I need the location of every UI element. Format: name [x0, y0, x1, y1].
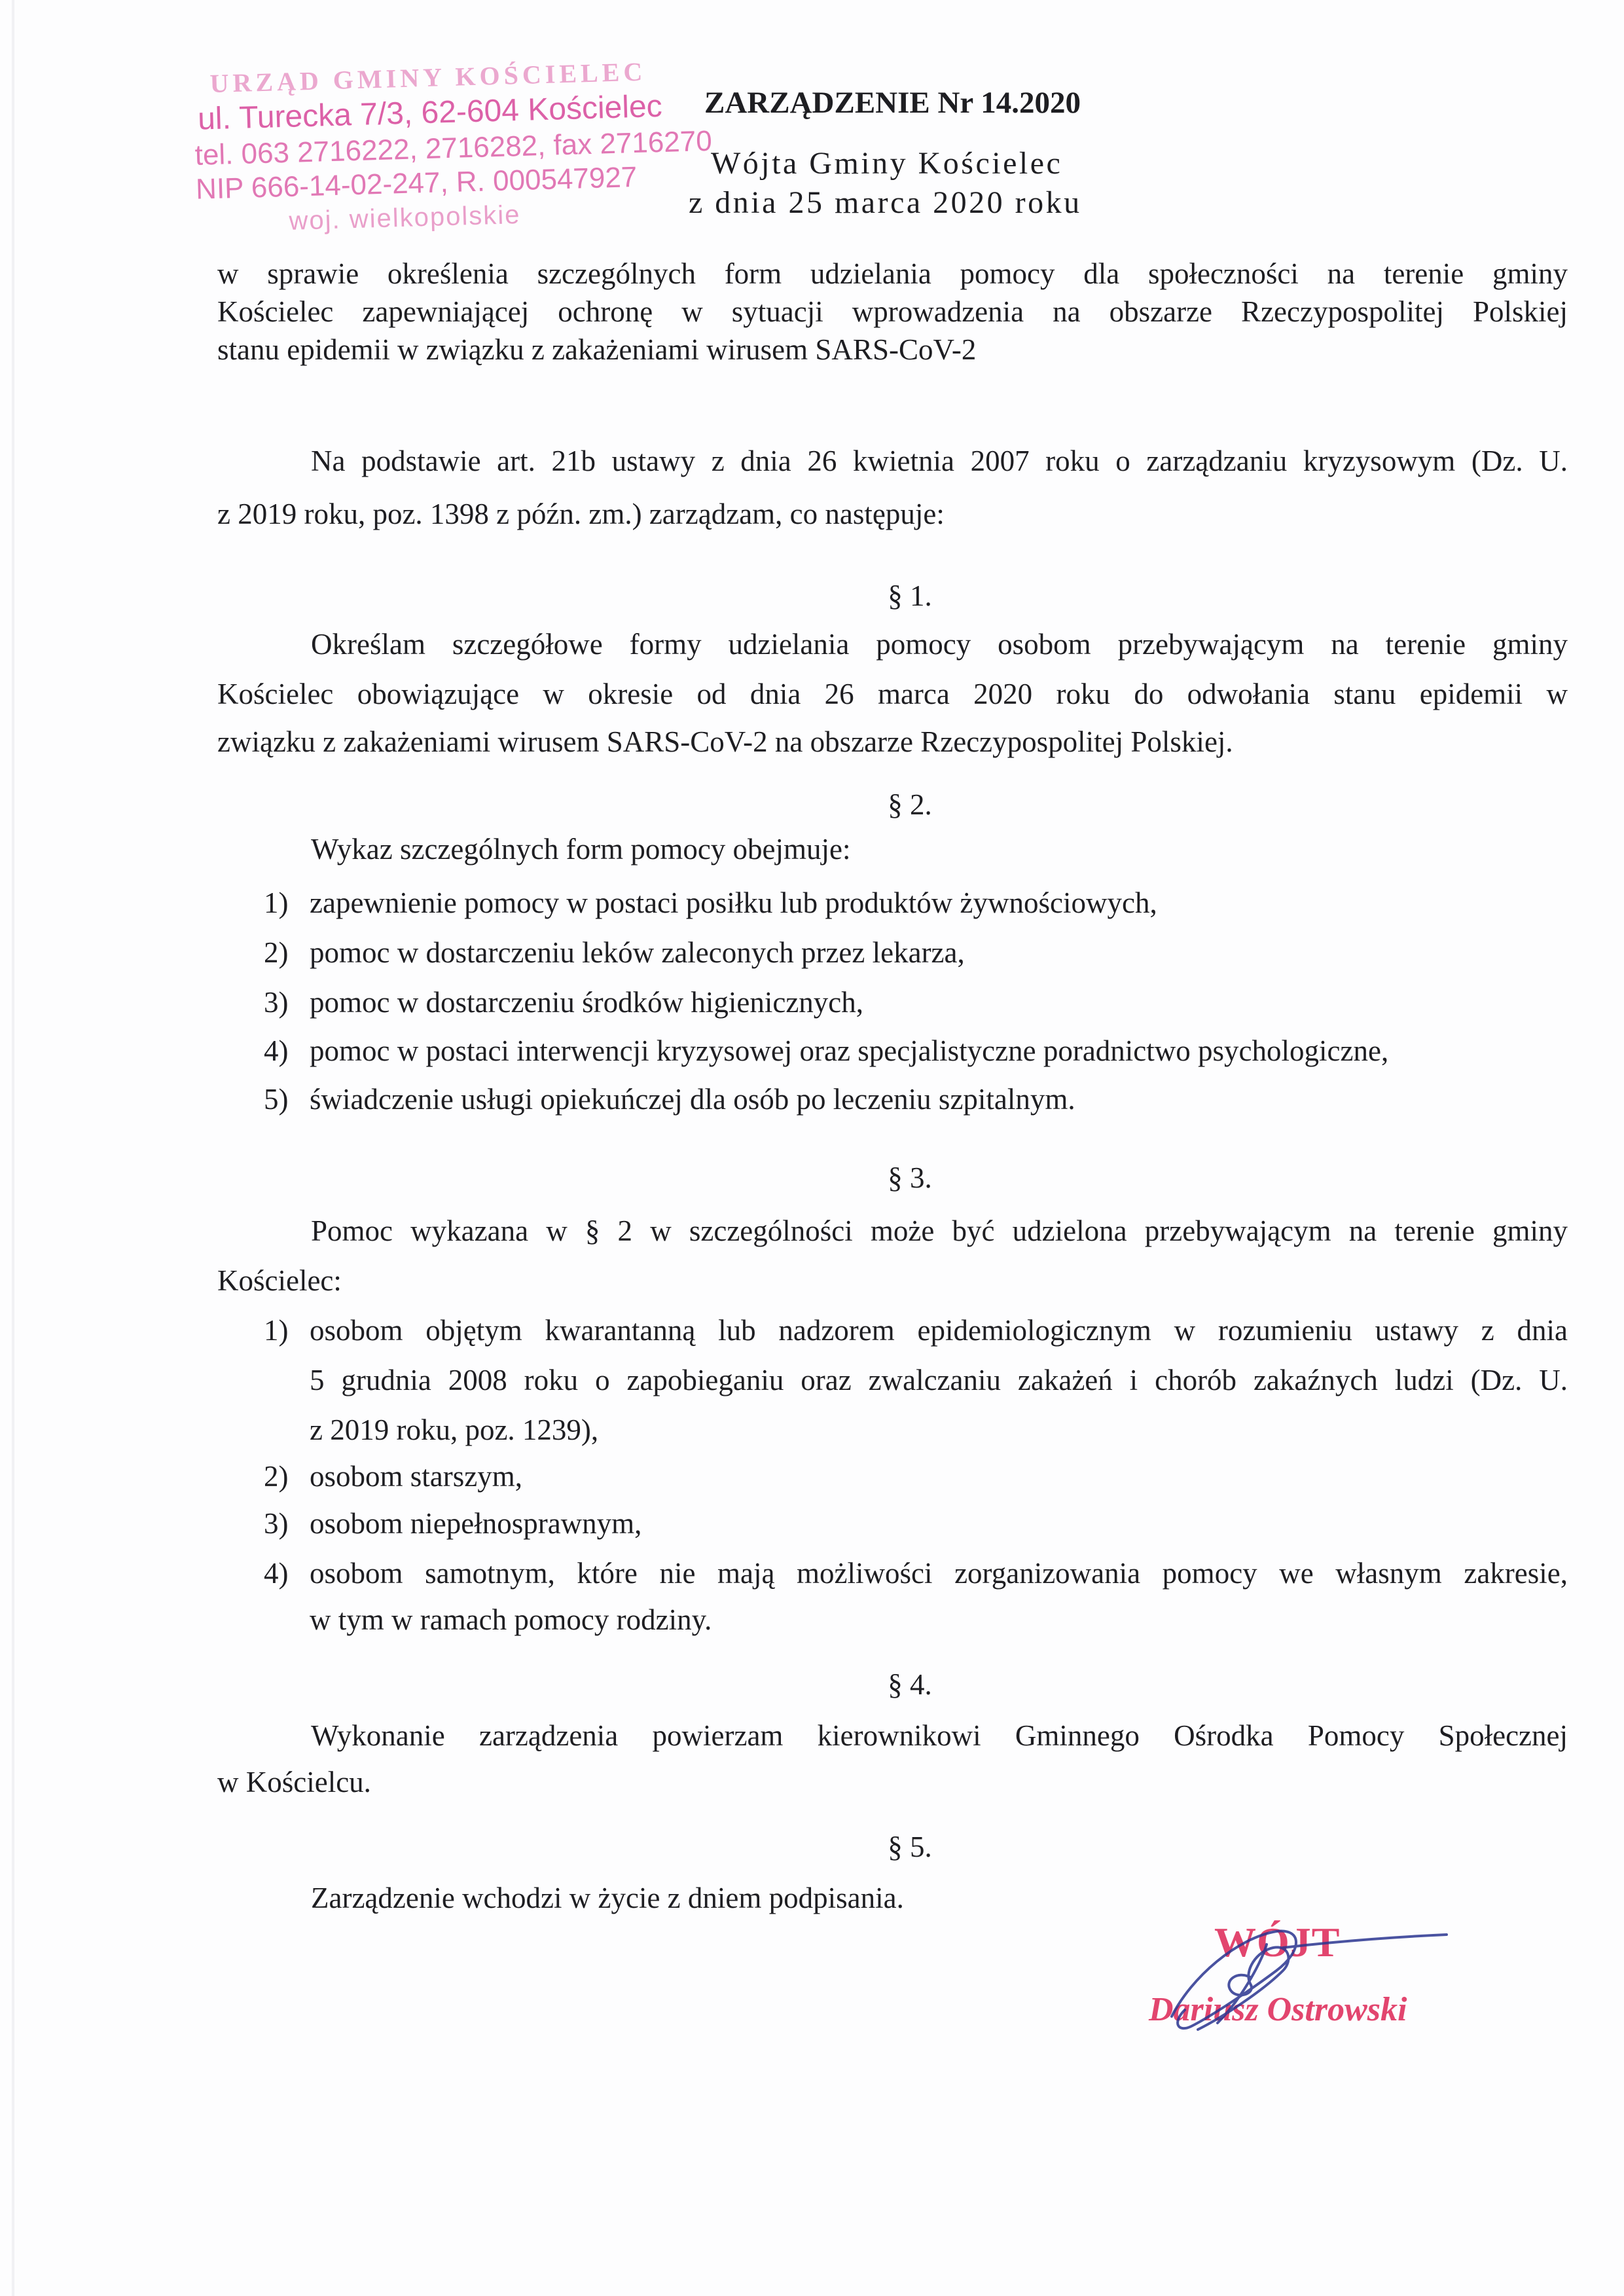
document-date: z dnia 25 marca 2020 roku: [689, 185, 1082, 221]
section-1-line: Określam szczegółowe formy udzielania po…: [311, 627, 1568, 664]
stamp-line: woj. wielkopolskie: [289, 200, 521, 236]
section-1-line: Kościelec obowiązujące w okresie od dnia…: [217, 677, 1568, 714]
list-item: zapewnienie pomocy w postaci posiłku lub…: [310, 886, 1157, 920]
list-item: pomoc w postaci interwencji kryzysowej o…: [310, 1034, 1388, 1068]
list-item: osobom niepełnosprawnym,: [310, 1506, 641, 1540]
list-item: pomoc w dostarczeniu środków higieniczny…: [310, 985, 863, 1019]
office-stamp: URZĄD GMINY KOŚCIELEC ul. Turecka 7/3, 6…: [190, 56, 640, 246]
list-number: 2): [264, 1459, 289, 1493]
section-heading: § 3.: [851, 1161, 969, 1195]
section-3-intro: Kościelec:: [217, 1264, 1568, 1298]
list-item-continued: w tym w ramach pomocy rodziny.: [310, 1603, 1568, 1637]
subject-line: Kościelec zapewniającej ochronę w sytuac…: [217, 295, 1568, 331]
list-number: 3): [264, 1506, 289, 1540]
scan-edge: [12, 0, 14, 2296]
list-number: 5): [264, 1082, 289, 1116]
list-item: pomoc w dostarczeniu leków zaleconych pr…: [310, 936, 965, 970]
section-heading: § 5.: [851, 1830, 969, 1864]
preamble-line: z 2019 roku, poz. 1398 z późn. zm.) zarz…: [217, 497, 1568, 531]
section-5-line: Zarządzenie wchodzi w życie z dniem podp…: [311, 1881, 1568, 1915]
section-heading: § 1.: [851, 579, 969, 613]
list-item: osobom starszym,: [310, 1459, 522, 1493]
list-number: 1): [264, 1313, 289, 1347]
section-1-line: związku z zakażeniami wirusem SARS-CoV-2…: [217, 725, 1568, 759]
subject-line: w sprawie określenia szczególnych form u…: [217, 257, 1568, 293]
list-number: 4): [264, 1556, 289, 1590]
list-item: świadczenie usługi opiekuńczej dla osób …: [310, 1082, 1075, 1116]
section-heading: § 2.: [851, 788, 969, 822]
document-title: ZARZĄDZENIE Nr 14.2020: [704, 85, 1081, 120]
section-heading: § 4.: [851, 1667, 969, 1702]
list-item-continued: z 2019 roku, poz. 1239),: [310, 1413, 1568, 1447]
preamble-line: Na podstawie art. 21b ustawy z dnia 26 k…: [311, 444, 1568, 481]
section-4-line: w Kościelcu.: [217, 1765, 1568, 1799]
section-4-line: Wykonanie zarządzenia powierzam kierowni…: [311, 1719, 1568, 1755]
section-2-intro: Wykaz szczególnych form pomocy obejmuje:: [311, 832, 1568, 866]
section-3-intro: Pomoc wykazana w § 2 w szczególności moż…: [311, 1214, 1568, 1250]
list-number: 4): [264, 1034, 289, 1068]
list-item: osobom samotnym, które nie mają możliwoś…: [310, 1556, 1568, 1593]
handwritten-signature-icon: [1152, 1918, 1453, 2043]
subject-line: stanu epidemii w związku z zakażeniami w…: [217, 333, 1568, 367]
list-number: 1): [264, 886, 289, 920]
list-item-continued: 5 grudnia 2008 roku o zapobieganiu oraz …: [310, 1363, 1568, 1400]
document-issuer: Wójta Gminy Kościelec: [711, 145, 1062, 181]
list-number: 2): [264, 936, 289, 970]
list-item: osobom objętym kwarantanną lub nadzorem …: [310, 1313, 1568, 1350]
list-number: 3): [264, 985, 289, 1019]
